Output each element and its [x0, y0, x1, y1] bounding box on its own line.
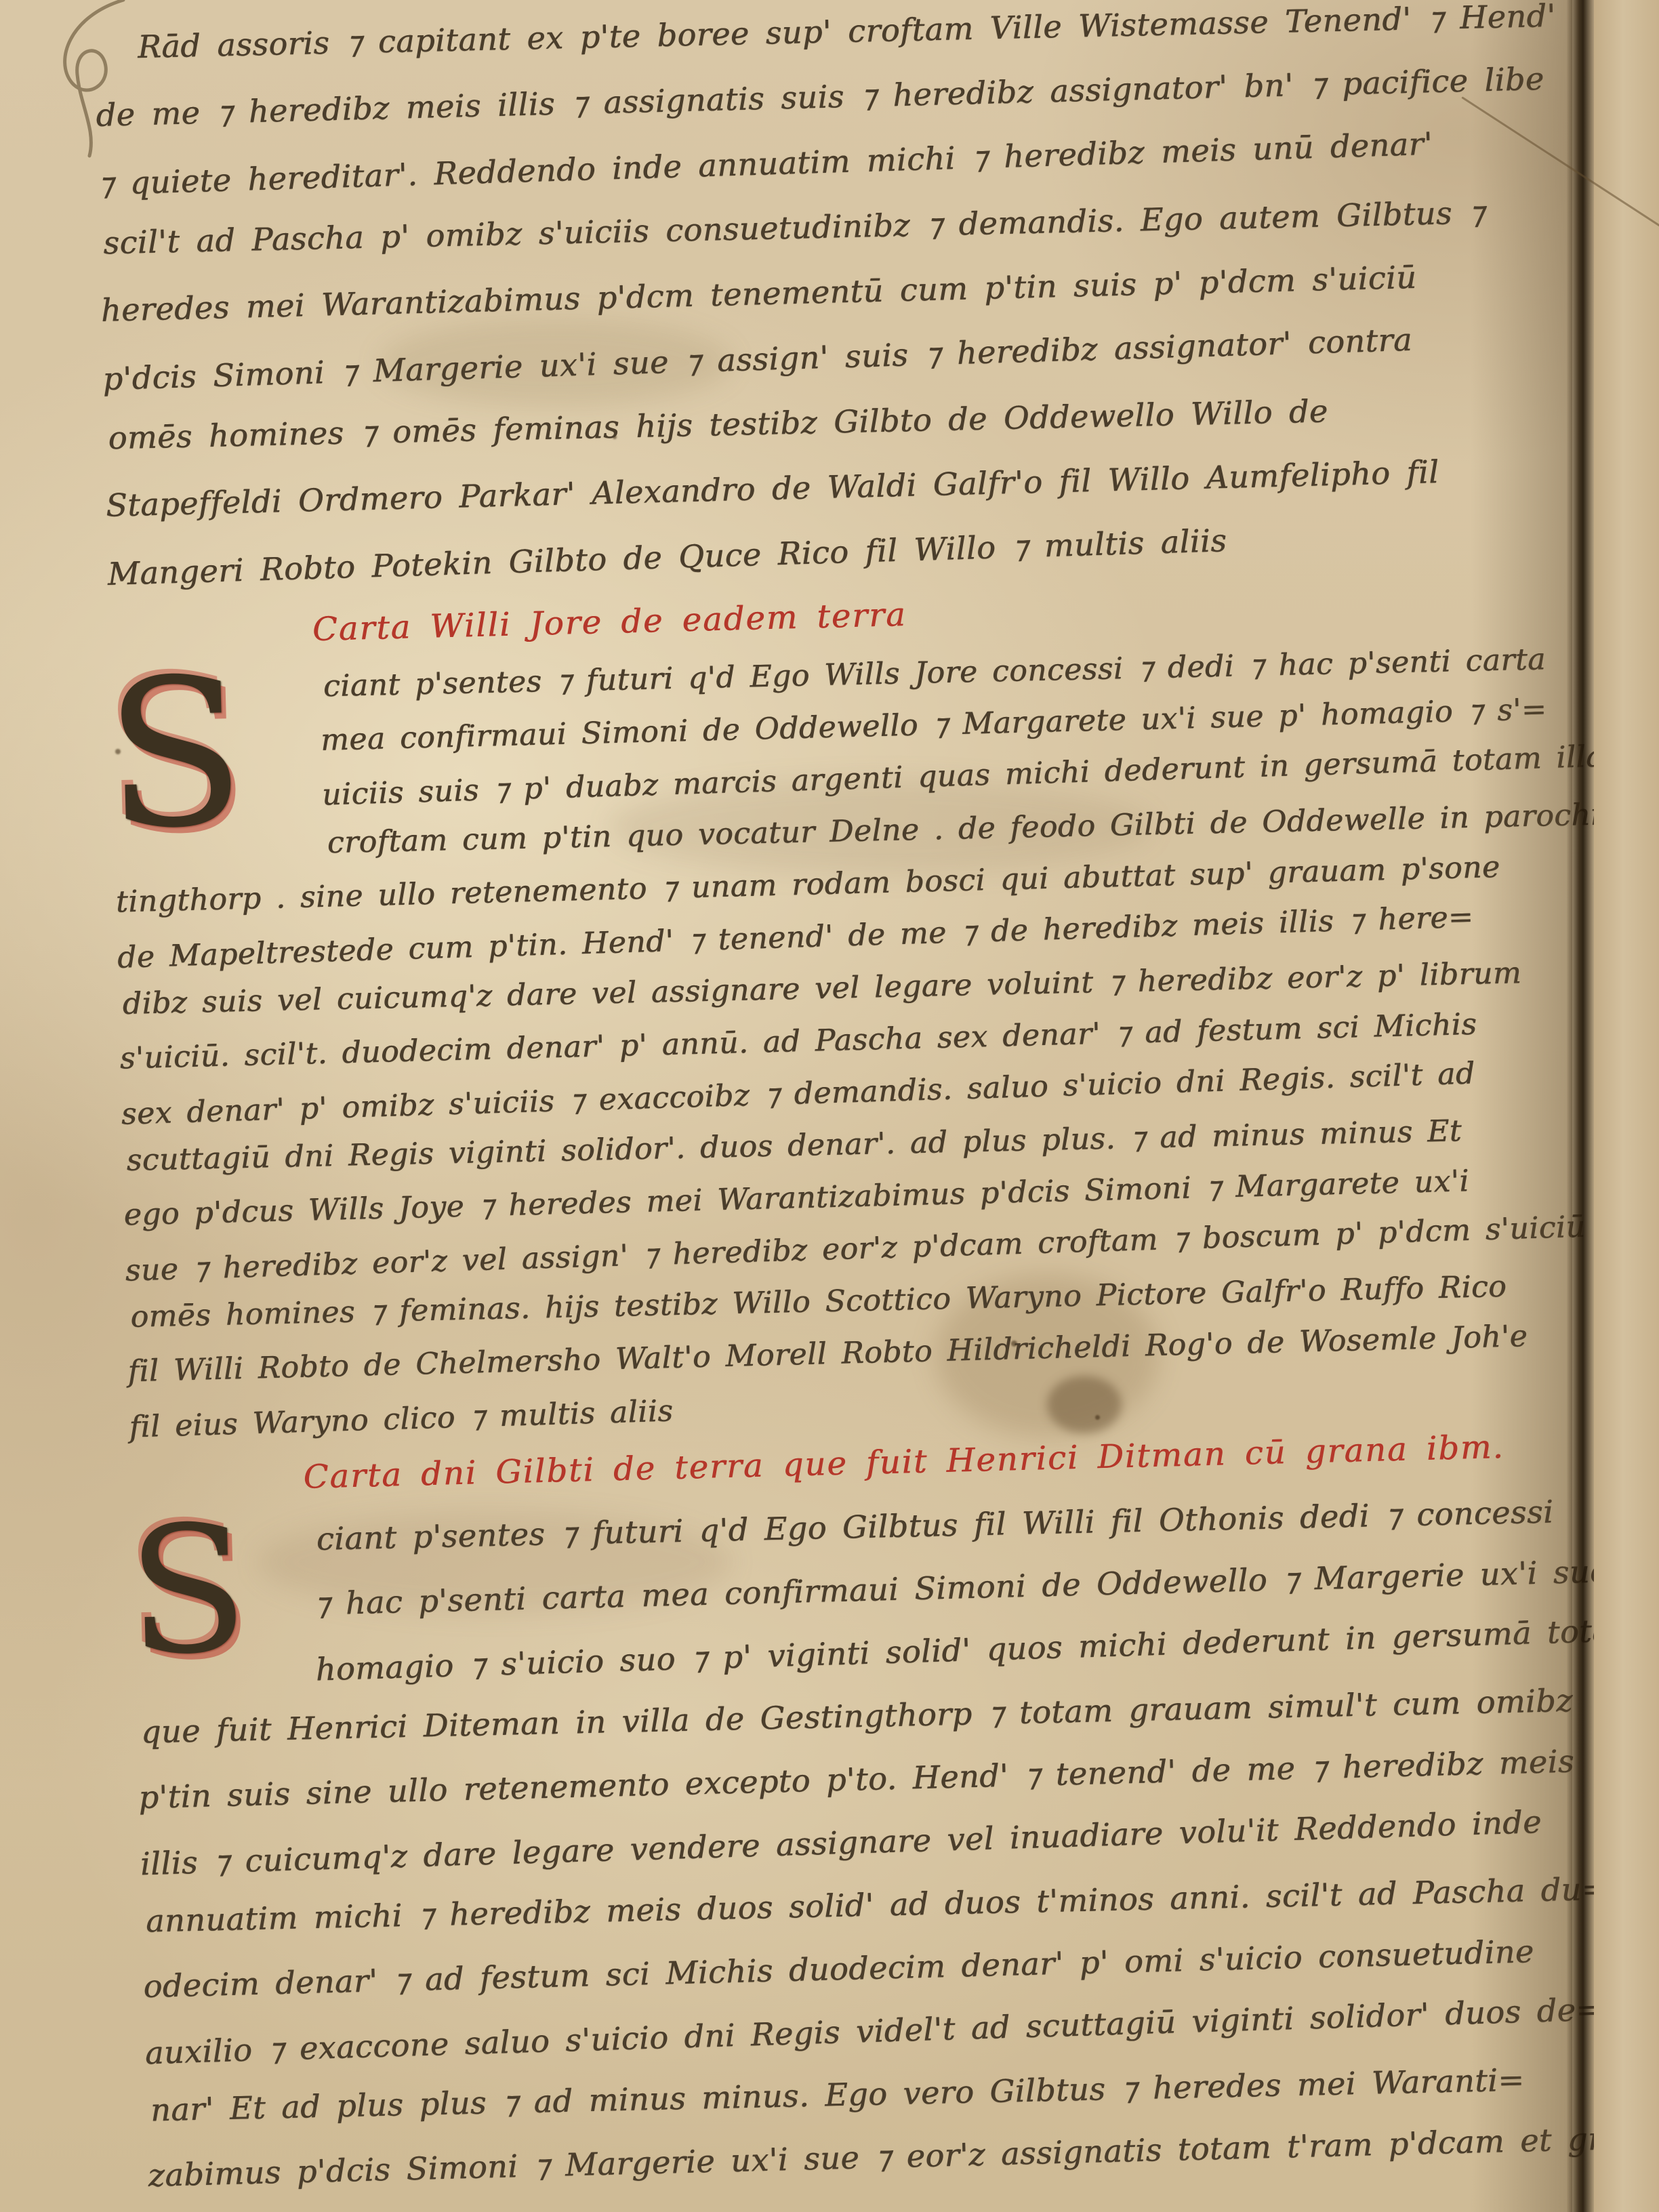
underlying-page-edge: [1594, 0, 1659, 2212]
charter-3-lines: ciant p'sentes ⁊ futuri q'd Ego Gilbtus …: [131, 1477, 1619, 2207]
gutter-shadow: [1471, 0, 1572, 2212]
charter-2-lines: ciant p'sentes ⁊ futuri q'd Ego Wills Jo…: [110, 630, 1600, 1450]
page-edge-crease: [1567, 0, 1594, 2212]
charter-3-paragraph: S ciant p'sentes ⁊ futuri q'd Ego Gilbtu…: [131, 1477, 1619, 2207]
charter-2-paragraph: S ciant p'sentes ⁊ futuri q'd Ego Wills …: [110, 630, 1600, 1450]
charter-continuation-paragraph: Rād assoris ⁊ capitant ex p'te boree sup…: [94, 0, 1578, 603]
manuscript-text-block: Rād assoris ⁊ capitant ex p'te boree sup…: [94, 0, 1619, 2207]
charter-continuation-lines: Rād assoris ⁊ capitant ex p'te boree sup…: [94, 0, 1578, 603]
